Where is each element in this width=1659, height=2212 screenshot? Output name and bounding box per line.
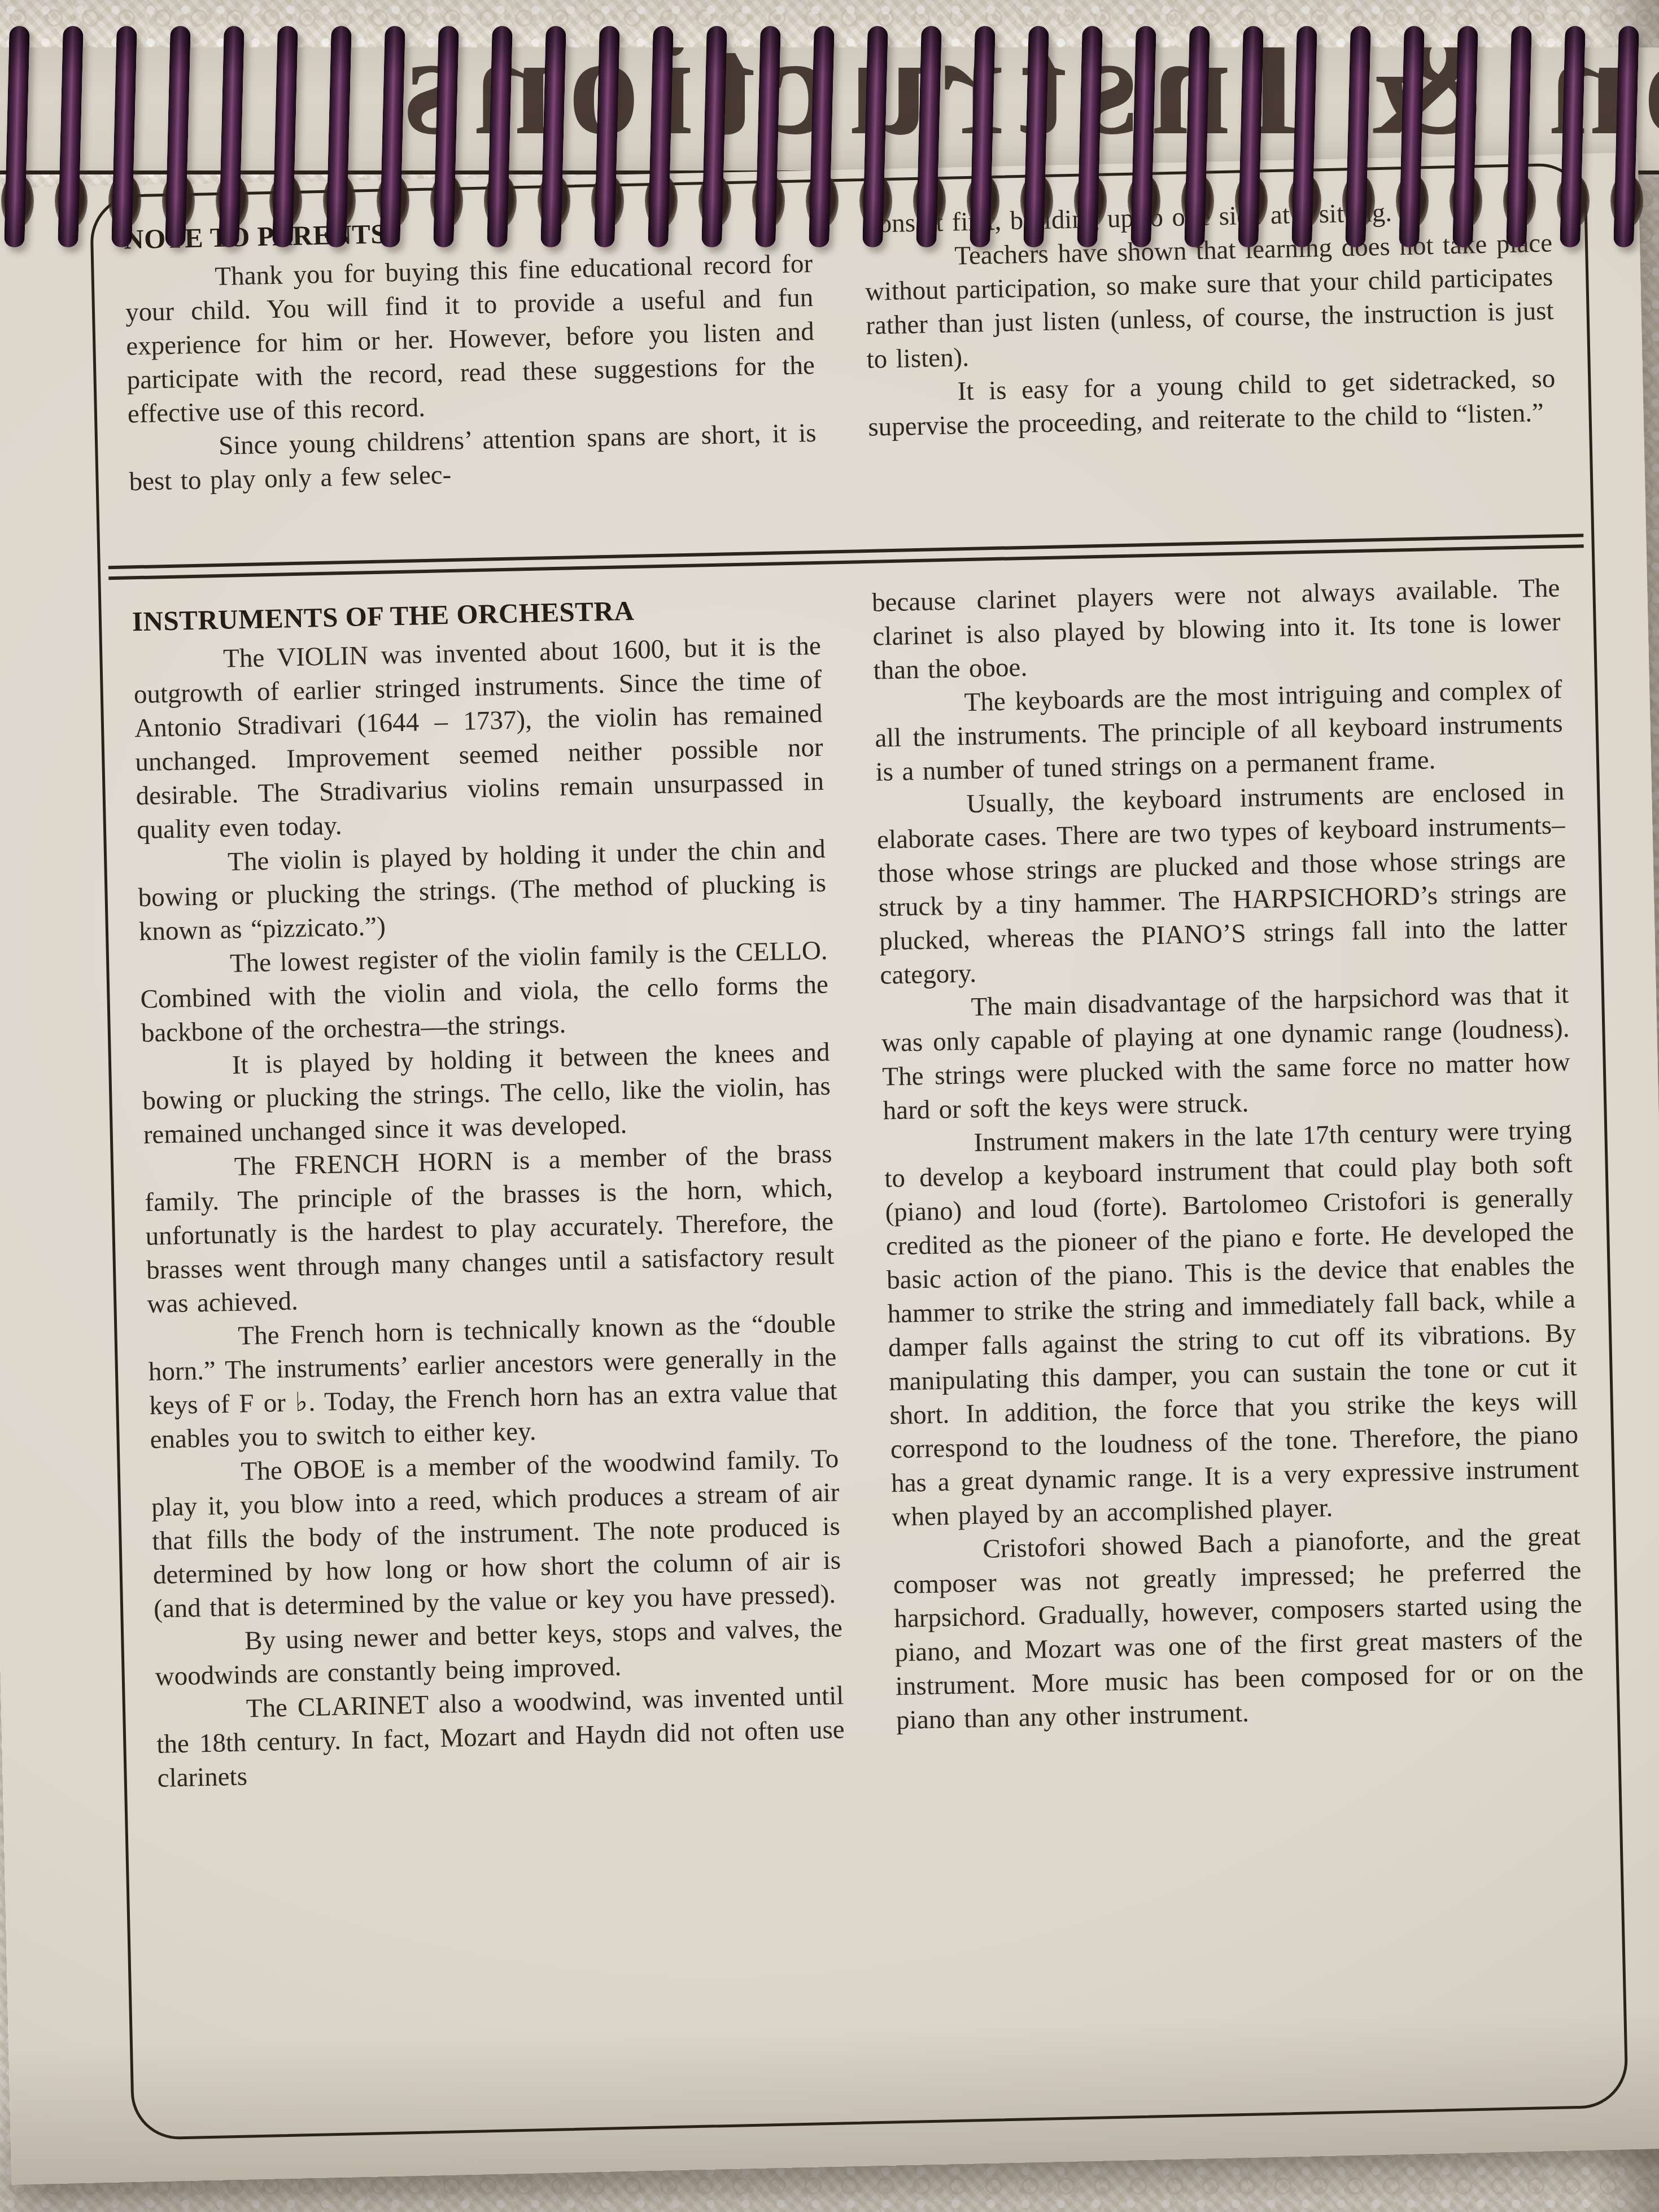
page-border-box: NOTE TO PARENTS Thank you for buying thi…	[90, 163, 1629, 2140]
paragraph: The OBOE is a member of the woodwind fam…	[150, 1441, 842, 1626]
paragraph: Cristofori showed Bach a pianoforte, and…	[892, 1519, 1584, 1737]
paragraph: The main disadvantage of the harpsichord…	[880, 977, 1571, 1128]
paragraph: The VIOLIN was invented about 1600, but …	[133, 629, 825, 847]
paragraph: Instrument makers in the late 17th centu…	[883, 1113, 1580, 1534]
photo-scene: Introduction & Instructions NOTE TO PARE…	[0, 0, 1659, 2212]
instruments-right-paragraphs: because clarinet players were not always…	[871, 571, 1584, 1737]
instruments-column-right: because clarinet players were not always…	[871, 571, 1585, 1779]
paragraph: The FRENCH HORN is a member of the brass…	[143, 1137, 835, 1322]
paragraph: The CLARINET also a woodwind, was invent…	[155, 1678, 845, 1795]
paragraph: The French horn is technically known as …	[147, 1306, 838, 1457]
paragraph: It is easy for a young child to get side…	[867, 361, 1556, 444]
paragraph: The violin is played by holding it under…	[137, 832, 827, 949]
instruments-left-paragraphs: The VIOLIN was invented about 1600, but …	[133, 629, 846, 1795]
paragraph: Since young childrens’ attention spans a…	[128, 416, 818, 499]
paragraph: because clarinet players were not always…	[871, 571, 1561, 688]
note-left-paragraphs: Thank you for buying this fine education…	[124, 247, 817, 499]
instruments-column-left: INSTRUMENTS OF THE ORCHESTRA The VIOLIN …	[132, 587, 845, 1795]
spiral-binding	[0, 0, 1659, 265]
paragraph: Usually, the keyboard instruments are en…	[876, 774, 1568, 992]
booklet-page: NOTE TO PARENTS Thank you for buying thi…	[0, 152, 1659, 2185]
paragraph: It is played by holding it between the k…	[142, 1035, 832, 1152]
instruments-section: INSTRUMENTS OF THE ORCHESTRA The VIOLIN …	[132, 571, 1586, 1795]
paragraph: Thank you for buying this fine education…	[124, 247, 816, 431]
paragraph: The keyboards are the most intriguing an…	[874, 672, 1564, 789]
paragraph: The lowest register of the violin family…	[139, 934, 830, 1051]
